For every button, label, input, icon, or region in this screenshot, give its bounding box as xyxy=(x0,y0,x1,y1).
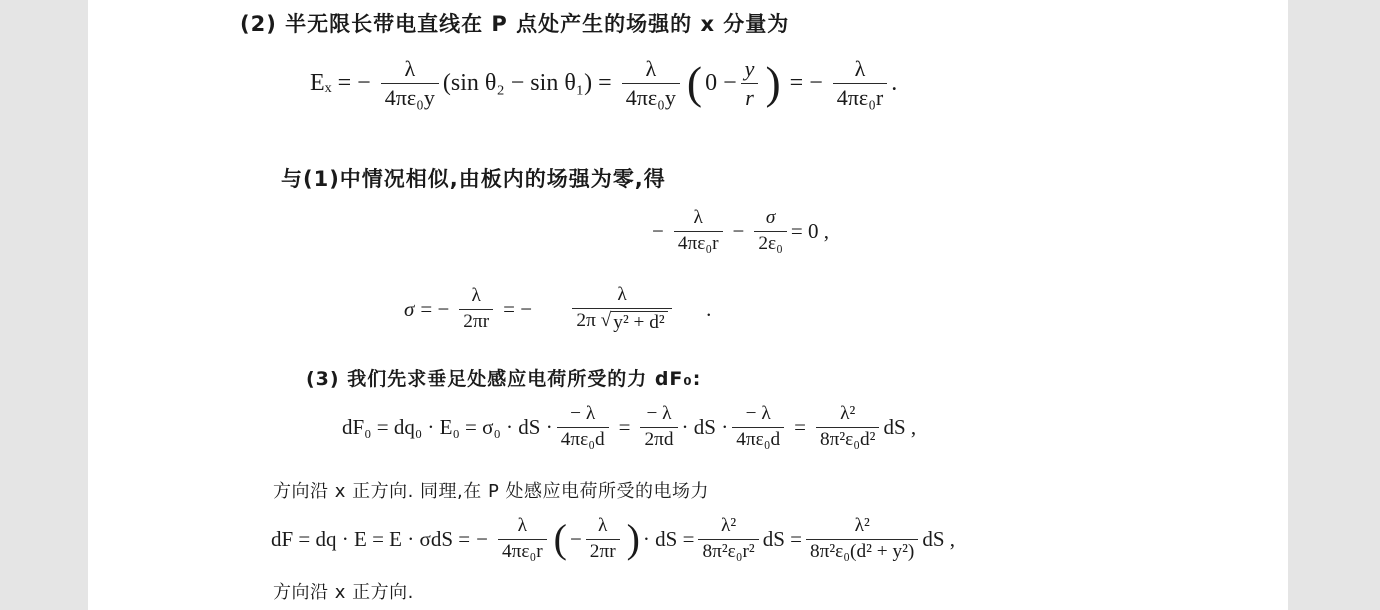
eq-Ex-frac2: λ 4πε₀y xyxy=(622,57,680,108)
equation-dF0: dF₀ = dq₀ · E₀ = σ₀ · dS · − λ4πε₀d = − … xyxy=(342,396,916,458)
eq-Ex-result: λ 4πε₀r xyxy=(833,57,888,108)
equation-sigma: σ = − λ 2πr = − λ 2π √y² + d² . xyxy=(404,274,711,344)
eq-Ex-frac1: λ 4πε₀y xyxy=(381,57,439,108)
part3-heading: (3) 我们先求垂足处感应电荷所受的力 dF₀: xyxy=(306,364,701,391)
document-page: (2) 半无限长带电直线在 P 点处产生的场强的 x 分量为 Eₓ = − λ … xyxy=(88,0,1288,610)
equation-dF: dF = dq · E = E · σdS = − λ4πε₀r ( − λ2π… xyxy=(271,508,955,570)
eq-Ex-sin-term: (sin θ₂ − sin θ₁) xyxy=(443,70,592,97)
eq-Ex-frac-y-over-r: y r xyxy=(741,57,759,108)
equation-zero-field: − λ 4πε₀r − σ 2ε₀ = 0 , xyxy=(646,200,829,262)
equation-Ex: Eₓ = − λ 4πε₀y (sin θ₂ − sin θ₁) = λ 4πε… xyxy=(310,48,897,118)
direction-text-1: 方向沿 x 正方向. 同理,在 P 处感应电荷所受的电场力 xyxy=(273,477,709,503)
eq-Ex-lhs: Eₓ xyxy=(310,70,332,97)
direction-text-2: 方向沿 x 正方向. xyxy=(273,578,414,604)
part2-heading: (2) 半无限长带电直线在 P 点处产生的场强的 x 分量为 xyxy=(240,8,789,38)
similar-case-text: 与(1)中情况相似,由板内的场强为零,得 xyxy=(281,163,666,193)
